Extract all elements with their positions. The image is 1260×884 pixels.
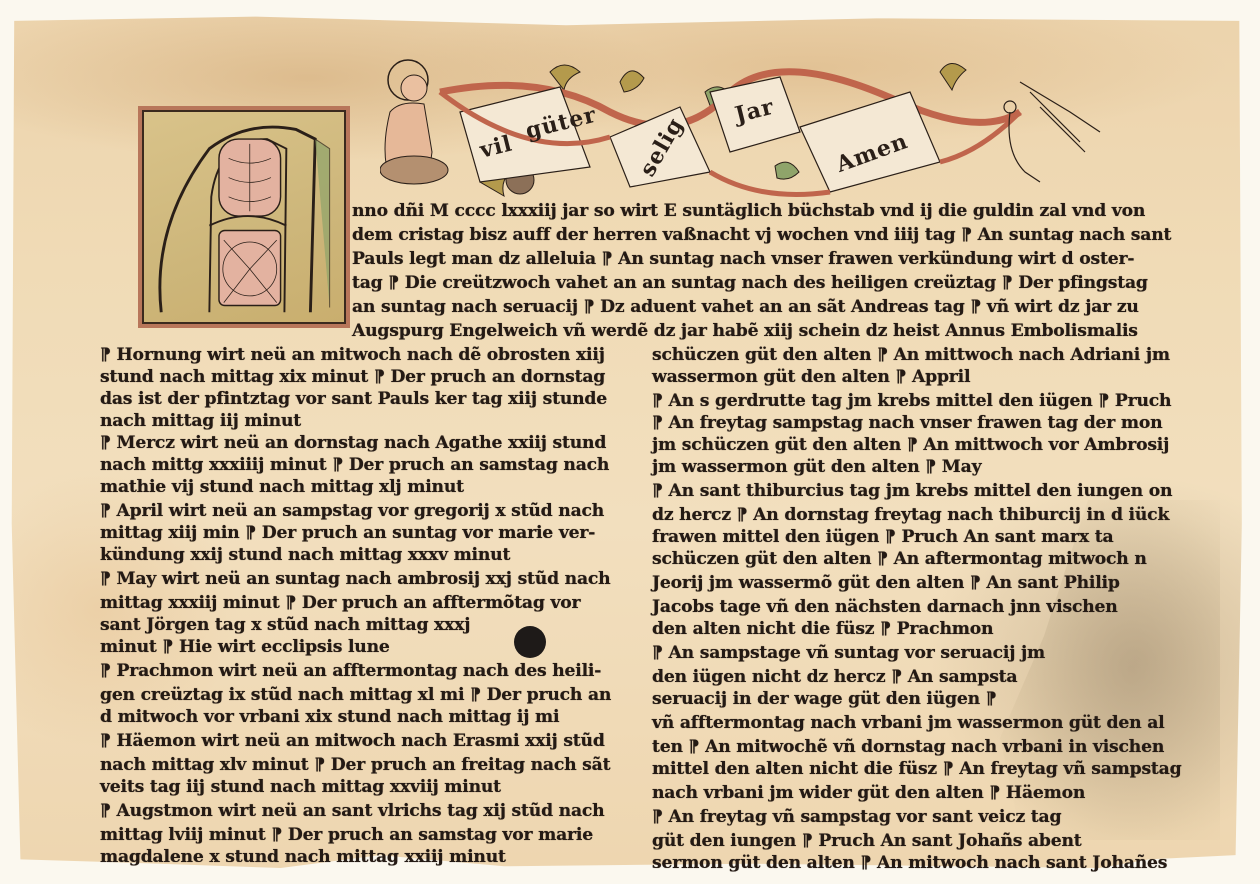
left-line: ⁋ Augstmon wirt neü an sant vlrichs tag …: [100, 800, 604, 822]
right-line: ⁋ An sampstage vñ suntag vor seruacij jm: [652, 642, 1045, 664]
left-line: ⁋ April wirt neü an sampstag vor gregori…: [100, 500, 604, 522]
left-line: nach mittag xlv minut ⁋ Der pruch an fre…: [100, 754, 610, 776]
right-line: dz hercz ⁋ An dornstag freytag nach thib…: [652, 504, 1169, 526]
left-line: nach mittg xxxiiij minut ⁋ Der pruch an …: [100, 454, 609, 476]
right-line: jm wassermon güt den alten ⁋ May: [652, 456, 981, 478]
left-line: mathie vij stund nach mittag xlj minut: [100, 476, 464, 498]
left-line: ⁋ Prachmon wirt neü an afftermontag nach…: [100, 660, 601, 682]
decorated-initial-a: [138, 106, 350, 328]
right-line: Jeorij jm wassermõ güt den alten ⁋ An sa…: [652, 572, 1120, 594]
right-line: den iügen nicht dz hercz ⁋ An sampsta: [652, 666, 1017, 688]
right-line: ⁋ An sant thiburcius tag jm krebs mittel…: [652, 480, 1172, 502]
left-line: minut ⁋ Hie wirt ecclipsis lune: [100, 636, 390, 658]
right-line: vñ afftermontag nach vrbani jm wassermon…: [652, 712, 1164, 734]
intro-line-4: tag ⁋ Die creützwoch vahet an an suntag …: [352, 272, 1148, 294]
intro-line-3: Pauls legt man dz alleluia ⁋ An suntag n…: [352, 248, 1134, 270]
initial-letter-a-icon: [142, 110, 346, 324]
left-line: veits tag iij stund nach mittag xxviij m…: [100, 776, 501, 798]
intro-line-6: Augspurg Engelweich vñ werdẽ dz jar habẽ…: [352, 320, 1138, 342]
left-line: mittag xiij min ⁋ Der pruch an suntag vo…: [100, 522, 595, 544]
right-line: jm schüczen güt den alten ⁋ An mittwoch …: [652, 434, 1169, 456]
left-line: mittag lviij minut ⁋ Der pruch an samsta…: [100, 824, 593, 846]
intro-line-2: dem cristag bisz auff der herren vaßnach…: [352, 224, 1171, 246]
left-line: nach mittag iij minut: [100, 410, 301, 432]
intro-line-1: nno dñi M cccc lxxxiij jar so wirt E sun…: [352, 200, 1145, 222]
right-line: Jacobs tage vñ den nächsten darnach jnn …: [652, 596, 1118, 618]
left-line: magdalene x stund nach mittag xxiij minu…: [100, 846, 506, 868]
woodcut-banner: vil güter selig Jar Amen: [380, 52, 1120, 202]
right-line: den alten nicht die füsz ⁋ Prachmon: [652, 618, 993, 640]
eagle-figure-icon: [1004, 82, 1100, 182]
right-line: güt den iungen ⁋ Pruch An sant Johañs ab…: [652, 830, 1082, 852]
left-line: gen creüztag ix stũd nach mittag xl mi ⁋…: [100, 684, 611, 706]
left-line: ⁋ Häemon wirt neü an mitwoch nach Erasmi…: [100, 730, 605, 752]
right-line: ⁋ An s gerdrutte tag jm krebs mittel den…: [652, 390, 1171, 412]
left-line: d mitwoch vor vrbani xix stund nach mitt…: [100, 706, 559, 728]
right-line: schüczen güt den alten ⁋ An aftermontag …: [652, 548, 1147, 570]
putto-figure-icon: [380, 60, 448, 184]
right-line: wassermon güt den alten ⁋ Appril: [652, 366, 970, 388]
right-line: schüczen güt den alten ⁋ An mittwoch nac…: [652, 344, 1170, 366]
intro-line-5: an suntag nach seruacij ⁋ Dz aduent vahe…: [352, 296, 1139, 318]
right-line: ⁋ An freytag vñ sampstag vor sant veicz …: [652, 806, 1061, 828]
left-line: ⁋ Hornung wirt neü an mitwoch nach dẽ ob…: [100, 344, 605, 366]
right-line: nach vrbani jm wider güt den alten ⁋ Häe…: [652, 782, 1085, 804]
left-line: kündung xxij stund nach mittag xxxv minu…: [100, 544, 510, 566]
banner-illustration: [380, 52, 1120, 202]
right-line: ten ⁋ An mitwochẽ vñ dornstag nach vrban…: [652, 736, 1164, 758]
right-line: seruacij in der wage güt den iügen ⁋: [652, 688, 996, 710]
left-line: das ist der pfintztag vor sant Pauls ker…: [100, 388, 607, 410]
right-line: ⁋ An freytag sampstag nach vnser frawen …: [652, 412, 1162, 434]
left-line: ⁋ Mercz wirt neü an dornstag nach Agathe…: [100, 432, 606, 454]
right-line: mittel den alten nicht die füsz ⁋ An fre…: [652, 758, 1181, 780]
left-line: stund nach mittag xix minut ⁋ Der pruch …: [100, 366, 605, 388]
right-line: sermon güt den alten ⁋ An mitwoch nach s…: [652, 852, 1167, 874]
left-line: mittag xxxiij minut ⁋ Der pruch an affte…: [100, 592, 580, 614]
left-line: ⁋ May wirt neü an suntag nach ambrosij x…: [100, 568, 610, 590]
left-line: sant Jörgen tag x stũd nach mittag xxxj: [100, 614, 470, 636]
right-line: frawen mittel den iügen ⁋ Pruch An sant …: [652, 526, 1113, 548]
lunar-eclipse-dot-icon: [514, 626, 546, 658]
